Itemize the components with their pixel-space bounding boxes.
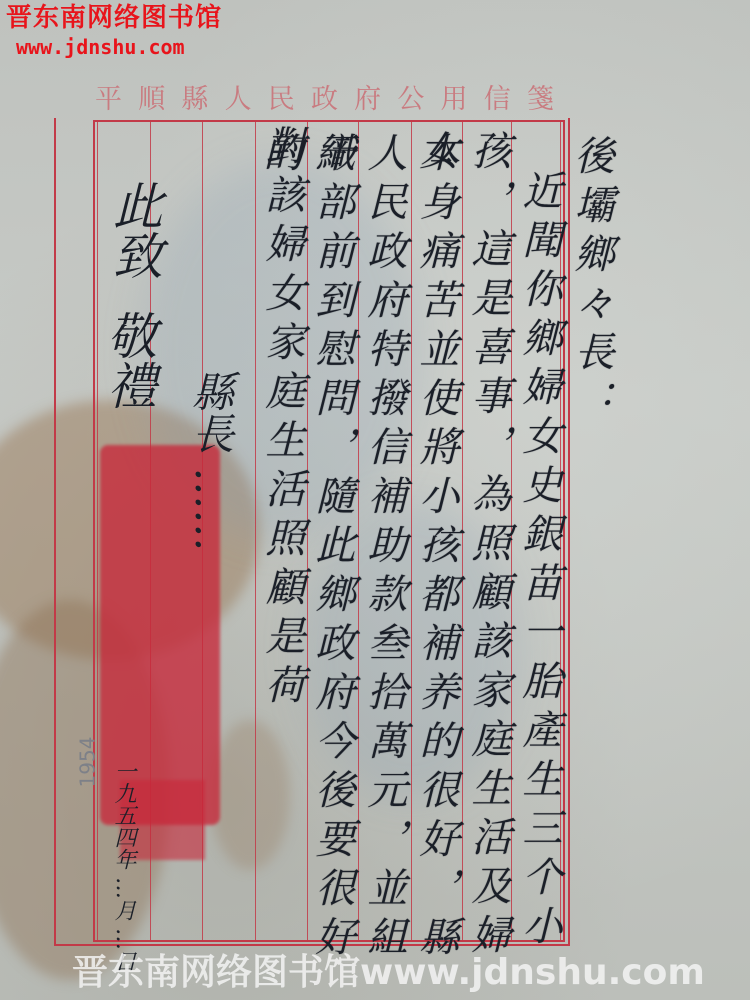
letterhead-char: 箋	[527, 77, 555, 116]
letterhead: 平 順 縣 人 民 政 府 公 用 信 箋	[95, 78, 555, 114]
watermark-top: 晋东南网络图书馆 www.jdnshu.com	[6, 2, 222, 60]
letter-column: 人民政府特撥信補助款叁拾萬元，並組織	[358, 132, 410, 1000]
watermark-url: www.jdnshu.com	[16, 34, 222, 60]
letterhead-char: 民	[268, 77, 296, 116]
watermark-bottom: 晋东南网络图书馆www.jdnshu.com	[72, 948, 705, 998]
letter-column: 近聞你鄉婦女史銀苗一胎產生三个小	[513, 170, 565, 954]
letter-column: 對該婦女家庭生活照顧是荷	[256, 125, 308, 713]
letter-column: 本身痛苦並使將小孩都補养的很好，縣	[410, 132, 462, 965]
pencil-year-note: 1954	[75, 737, 99, 788]
letterhead-char: 政	[311, 77, 339, 116]
letterhead-char: 府	[354, 77, 382, 116]
letterhead-char: 平	[95, 77, 123, 116]
letterhead-char: 縣	[181, 77, 209, 116]
letter-column: 干部前到慰問，隨此鄉政府今後要很好的	[306, 132, 358, 1000]
signature: 縣長 ……	[180, 370, 240, 551]
closing-cizhi: 此致	[98, 180, 170, 280]
letterhead-char: 信	[484, 77, 512, 116]
letter-column: 孩，這是喜事，為照顧該家庭生活及婦女	[462, 130, 514, 1000]
letterhead-char: 用	[441, 77, 469, 116]
letter-column-salutation: 後壩鄉々長：	[565, 135, 617, 429]
watermark-title: 晋东南网络图书馆	[6, 2, 222, 34]
letterhead-char: 人	[225, 77, 253, 116]
closing-jingli: 敬禮	[92, 310, 164, 410]
date-line: 一九五四年 …月 …日	[108, 760, 139, 972]
letterhead-char: 公	[397, 77, 425, 116]
letterhead-char: 順	[138, 77, 166, 116]
